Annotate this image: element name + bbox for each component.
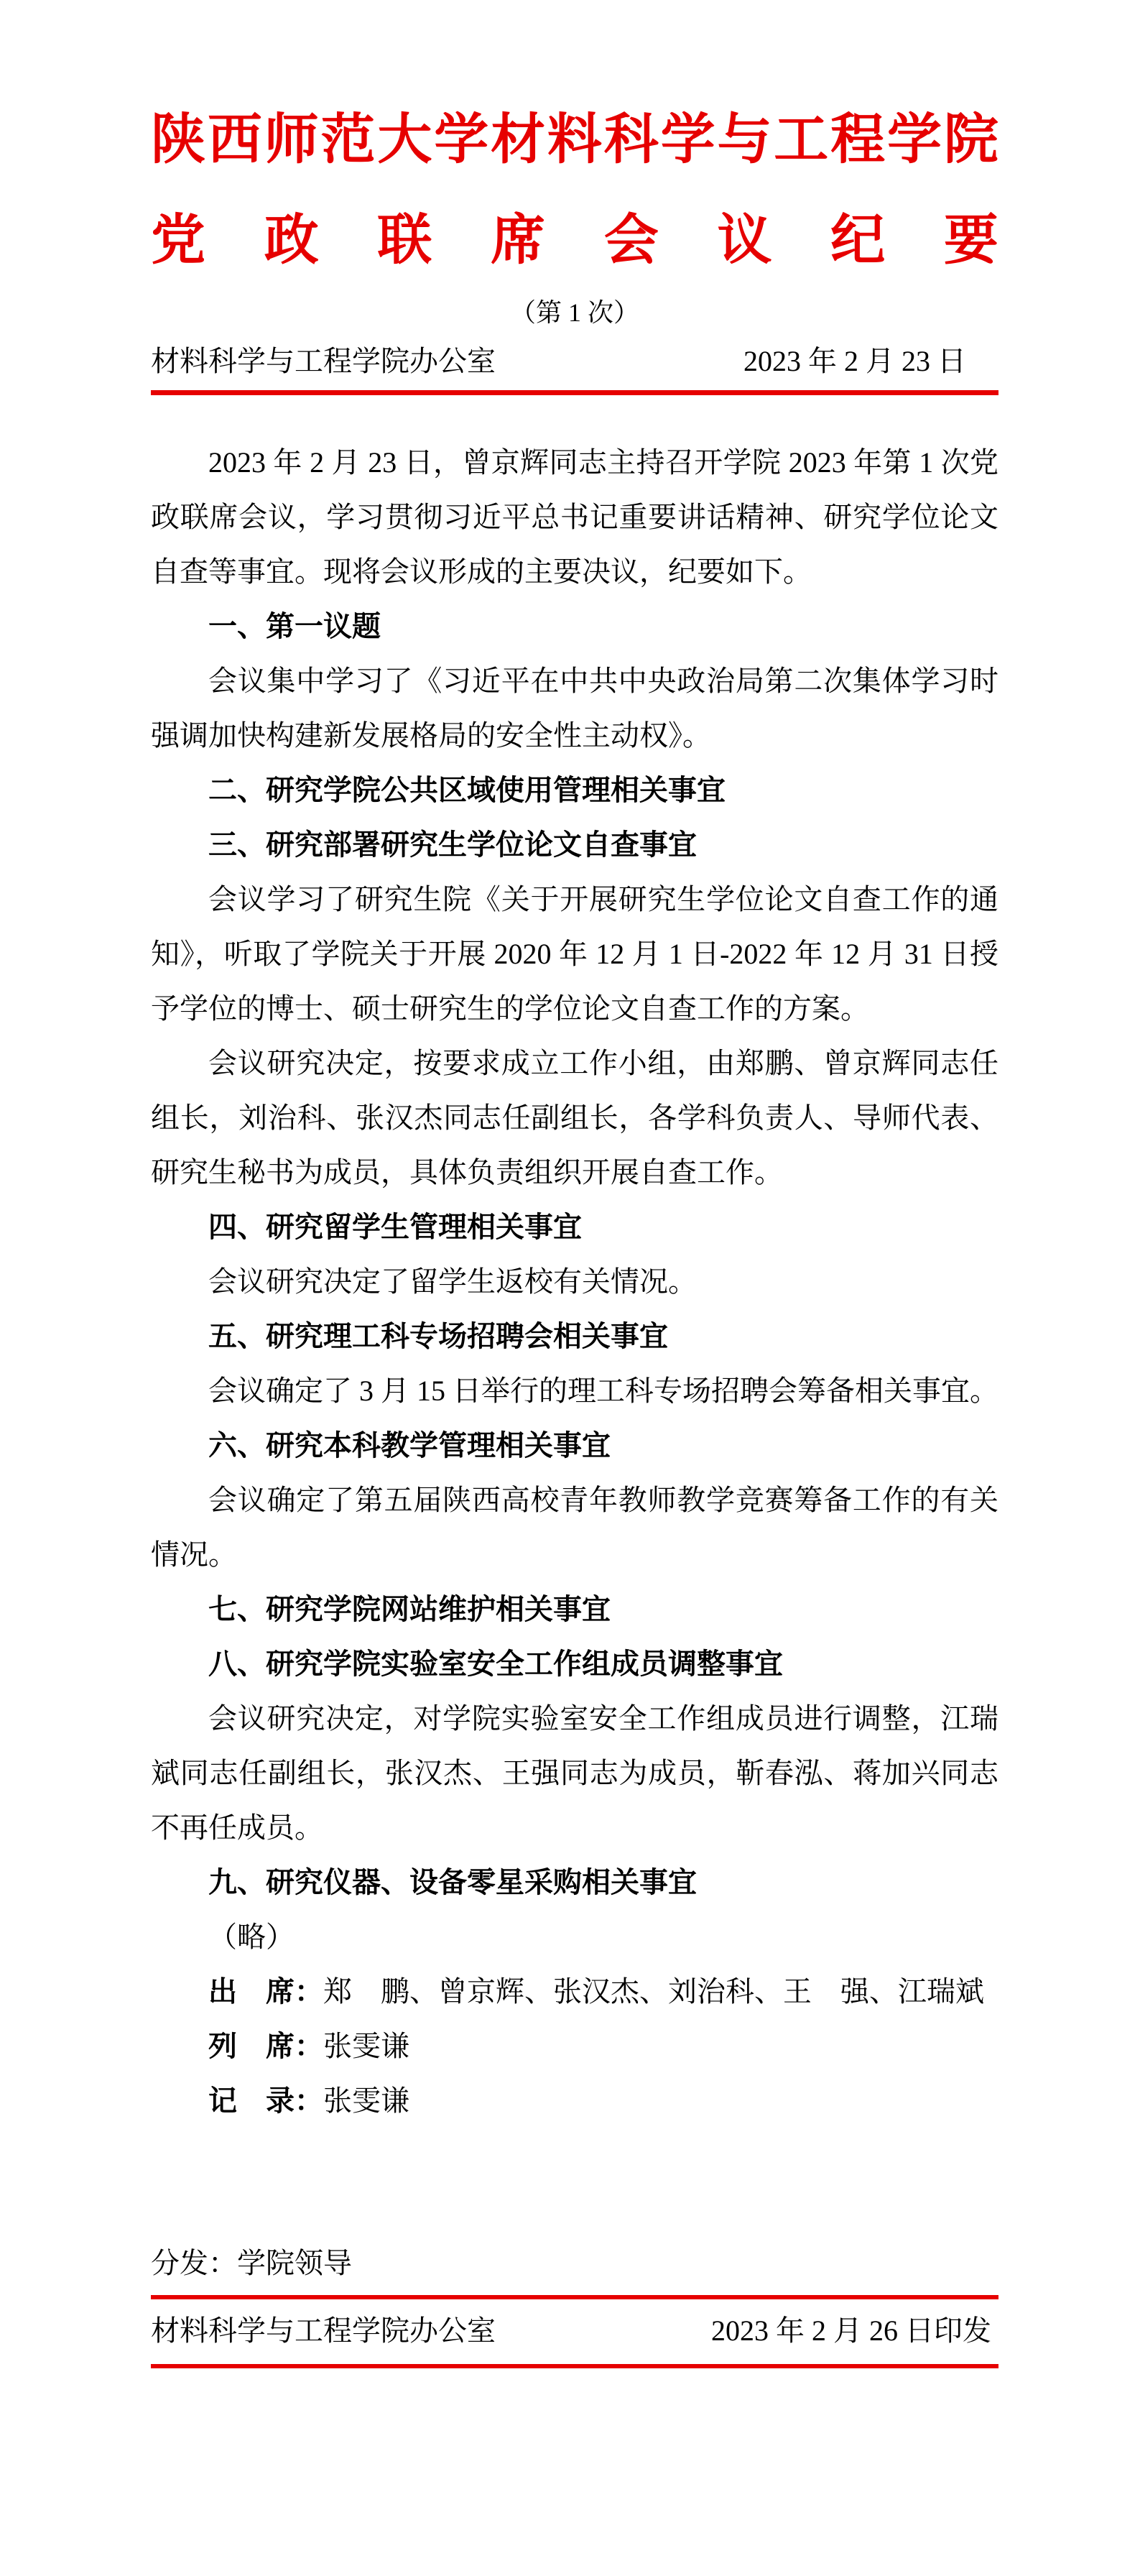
section-heading: 二、研究学院公共区域使用管理相关事宜	[151, 763, 998, 818]
body-paragraph: 列 席：张雯谦	[151, 2019, 998, 2074]
section-heading: 六、研究本科教学管理相关事宜	[151, 1418, 998, 1473]
section-heading: 七、研究学院网站维护相关事宜	[151, 1582, 998, 1637]
header-divider	[151, 390, 998, 395]
footer-row: 材料科学与工程学院办公室 2023 年 2 月 26 日印发	[151, 2299, 998, 2363]
section-heading: 四、研究留学生管理相关事宜	[151, 1200, 998, 1255]
section-heading: 九、研究仪器、设备零星采购相关事宜	[151, 1855, 998, 1910]
body-paragraph: 会议集中学习了《习近平在中共中央政治局第二次集体学习时强调加快构建新发展格局的安…	[151, 654, 998, 763]
attendance-label: 列 席：	[208, 2031, 323, 2062]
section-heading: 八、研究学院实验室安全工作组成员调整事宜	[151, 1637, 998, 1691]
body-paragraph: 出 席：郑 鹏、曾京辉、张汉杰、刘治科、王 强、江瑞斌	[151, 1965, 998, 2019]
body-paragraph: 2023 年 2 月 23 日，曾京辉同志主持召开学院 2023 年第 1 次党…	[151, 435, 998, 599]
body-paragraph: 会议确定了第五届陕西高校青年教师教学竞赛筹备工作的有关情况。	[151, 1473, 998, 1582]
section-heading: 五、研究理工科专场招聘会相关事宜	[151, 1309, 998, 1364]
issuing-office: 材料科学与工程学院办公室	[151, 341, 496, 382]
page-title-line1: 陕西师范大学材料科学与工程学院	[151, 101, 998, 180]
document-body: 2023 年 2 月 23 日，曾京辉同志主持召开学院 2023 年第 1 次党…	[151, 435, 998, 2128]
body-paragraph: 会议确定了 3 月 15 日举行的理工科专场招聘会筹备相关事宜。	[151, 1364, 998, 1418]
document-page: 陕西师范大学材料科学与工程学院 党政联席会议纪要 （第 1 次） 材料科学与工程…	[0, 0, 1140, 2576]
section-heading: 三、研究部署研究生学位论文自查事宜	[151, 818, 998, 872]
page-title-line2: 党政联席会议纪要	[151, 201, 998, 280]
body-paragraph: （略）	[151, 1910, 998, 1965]
body-paragraph: 会议研究决定，对学院实验室安全工作组成员进行调整，江瑞斌同志任副组长，张汉杰、王…	[151, 1691, 998, 1855]
body-paragraph: 会议研究决定了留学生返校有关情况。	[151, 1255, 998, 1309]
footer-print-date: 2023 年 2 月 26 日印发	[711, 2311, 998, 2351]
section-heading: 一、第一议题	[151, 599, 998, 654]
attendance-label: 出 席：	[208, 1976, 323, 2008]
meeting-number-subtitle: （第 1 次）	[151, 291, 998, 334]
attendance-value: 张雯谦	[323, 2085, 409, 2117]
masthead-row: 材料科学与工程学院办公室 2023 年 2 月 23 日	[151, 341, 998, 382]
attendance-label: 记 录：	[208, 2085, 323, 2117]
body-paragraph: 会议学习了研究生院《关于开展研究生学位论文自查工作的通知》，听取了学院关于开展 …	[151, 872, 998, 1036]
distribution-note: 分发：学院领导	[151, 2236, 998, 2291]
body-paragraph: 会议研究决定，按要求成立工作小组，由郑鹏、曾京辉同志任组长，刘治科、张汉杰同志任…	[151, 1036, 998, 1200]
attendance-value: 郑 鹏、曾京辉、张汉杰、刘治科、王 强、江瑞斌	[323, 1975, 984, 2008]
attendance-value: 张雯谦	[323, 2030, 409, 2062]
issue-date: 2023 年 2 月 23 日	[743, 341, 998, 382]
footer-divider-bottom	[151, 2364, 998, 2368]
body-paragraph: 记 录：张雯谦	[151, 2074, 998, 2128]
footer-office: 材料科学与工程学院办公室	[151, 2311, 496, 2351]
